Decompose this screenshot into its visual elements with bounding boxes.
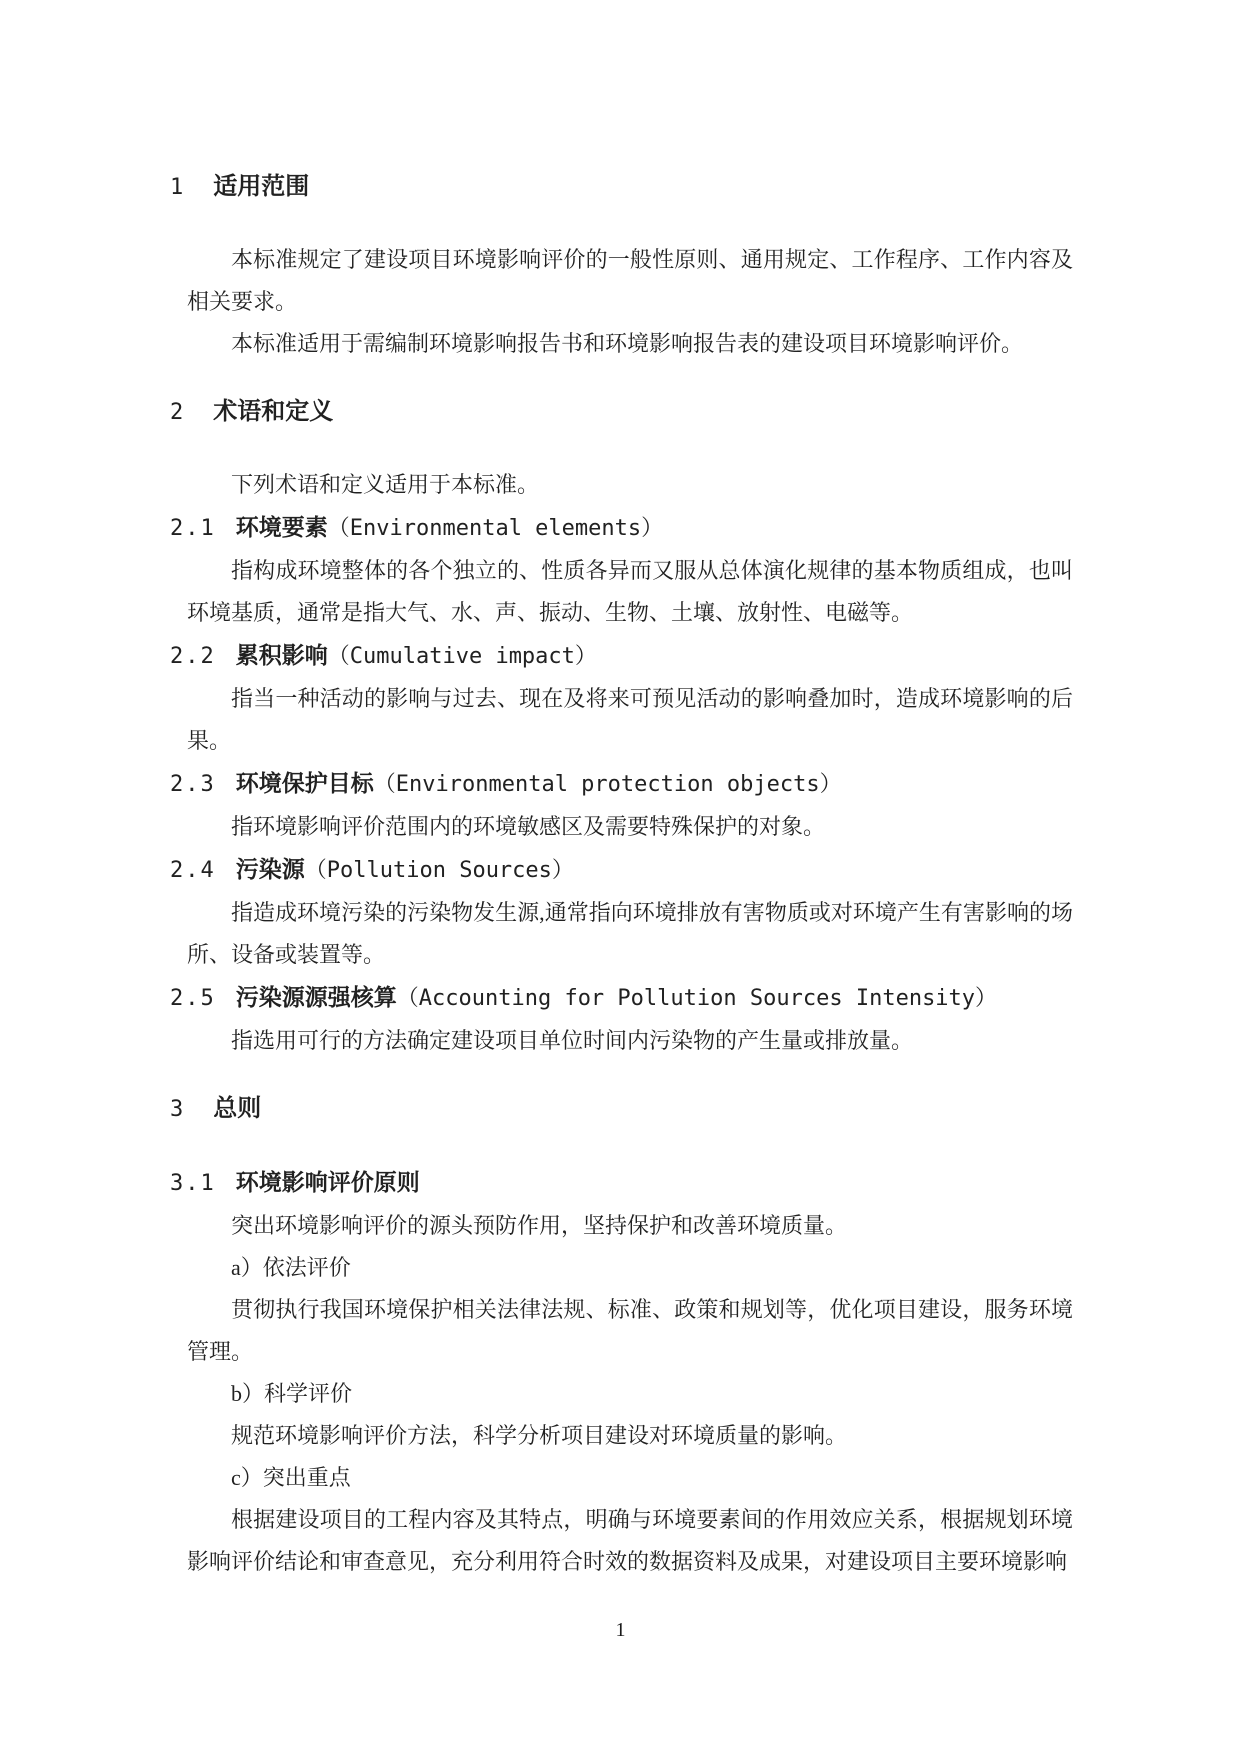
paragraph: 规范环境影响评价方法，科学分析项目建设对环境质量的影响。 xyxy=(187,1415,1073,1457)
section-heading-2.3: 2.3环境保护目标（Environmental protection objec… xyxy=(170,762,1073,806)
heading-number: 2.2 xyxy=(170,644,216,669)
paragraph: 本标准适用于需编制环境影响报告书和环境影响报告表的建设项目环境影响评价。 xyxy=(187,323,1073,365)
section-heading-2.1: 2.1环境要素（Environmental elements） xyxy=(170,506,1073,550)
paragraph: 贯彻执行我国环境保护相关法律法规、标准、政策和规划等，优化项目建设，服务环境管理… xyxy=(187,1289,1073,1373)
heading-title: 累积影响 xyxy=(236,642,328,668)
list-item: b）科学评价 xyxy=(187,1373,1073,1415)
paragraph: 指造成环境污染的污染物发生源,通常指向环境排放有害物质或对环境产生有害影响的场所… xyxy=(187,892,1073,976)
paragraph: 本标准规定了建设项目环境影响评价的一般性原则、通用规定、工作程序、工作内容及相关… xyxy=(187,239,1073,323)
list-item: a）依法评价 xyxy=(187,1247,1073,1289)
heading-number: 1 xyxy=(170,175,185,200)
heading-title-en: （Environmental elements） xyxy=(328,516,663,541)
paragraph: 指环境影响评价范围内的环境敏感区及需要特殊保护的对象。 xyxy=(187,806,1073,848)
heading-number: 3.1 xyxy=(170,1171,216,1196)
heading-title: 污染源源强核算 xyxy=(236,984,397,1010)
paragraph: 指选用可行的方法确定建设项目单位时间内污染物的产生量或排放量。 xyxy=(187,1020,1073,1062)
heading-number: 3 xyxy=(170,1097,185,1122)
heading-number: 2.5 xyxy=(170,986,216,1011)
document-page: 1适用范围本标准规定了建设项目环境影响评价的一般性原则、通用规定、工作程序、工作… xyxy=(0,0,1241,1754)
heading-title: 适用范围 xyxy=(213,173,309,200)
paragraph: 突出环境影响评价的源头预防作用，坚持保护和改善环境质量。 xyxy=(187,1205,1073,1247)
section-heading-2.2: 2.2累积影响（Cumulative impact） xyxy=(170,634,1073,678)
heading-title: 污染源 xyxy=(236,856,305,882)
heading-title-en: （Environmental protection objects） xyxy=(374,772,842,797)
heading-title: 环境要素 xyxy=(236,514,328,540)
heading-number: 2 xyxy=(170,400,185,425)
heading-title: 术语和定义 xyxy=(213,398,333,425)
paragraph: 下列术语和定义适用于本标准。 xyxy=(187,464,1073,506)
heading-title: 环境保护目标 xyxy=(236,770,374,796)
document-content: 1适用范围本标准规定了建设项目环境影响评价的一般性原则、通用规定、工作程序、工作… xyxy=(170,0,1073,1583)
paragraph: 指构成环境整体的各个独立的、性质各异而又服从总体演化规律的基本物质组成，也叫环境… xyxy=(187,550,1073,634)
section-heading-2.5: 2.5污染源源强核算（Accounting for Pollution Sour… xyxy=(170,976,1073,1020)
heading-title-en: （Cumulative impact） xyxy=(328,644,597,669)
list-item: c）突出重点 xyxy=(187,1457,1073,1499)
heading-title: 总则 xyxy=(213,1095,261,1122)
heading-title: 环境影响评价原则 xyxy=(236,1169,420,1195)
heading-number: 2.1 xyxy=(170,516,216,541)
paragraph: 根据建设项目的工程内容及其特点，明确与环境要素间的作用效应关系，根据规划环境影响… xyxy=(187,1499,1073,1583)
section-heading-3.1: 3.1环境影响评价原则 xyxy=(170,1161,1073,1205)
section-heading-1: 1适用范围 xyxy=(170,166,1073,209)
heading-number: 2.3 xyxy=(170,772,216,797)
section-heading-3: 3总则 xyxy=(170,1088,1073,1131)
heading-number: 2.4 xyxy=(170,858,216,883)
heading-title-en: （Accounting for Pollution Sources Intens… xyxy=(397,986,997,1011)
paragraph: 指当一种活动的影响与过去、现在及将来可预见活动的影响叠加时，造成环境影响的后果。 xyxy=(187,678,1073,762)
section-heading-2: 2术语和定义 xyxy=(170,391,1073,434)
section-heading-2.4: 2.4污染源（Pollution Sources） xyxy=(170,848,1073,892)
heading-title-en: （Pollution Sources） xyxy=(305,858,574,883)
page-number: 1 xyxy=(0,1618,1241,1642)
